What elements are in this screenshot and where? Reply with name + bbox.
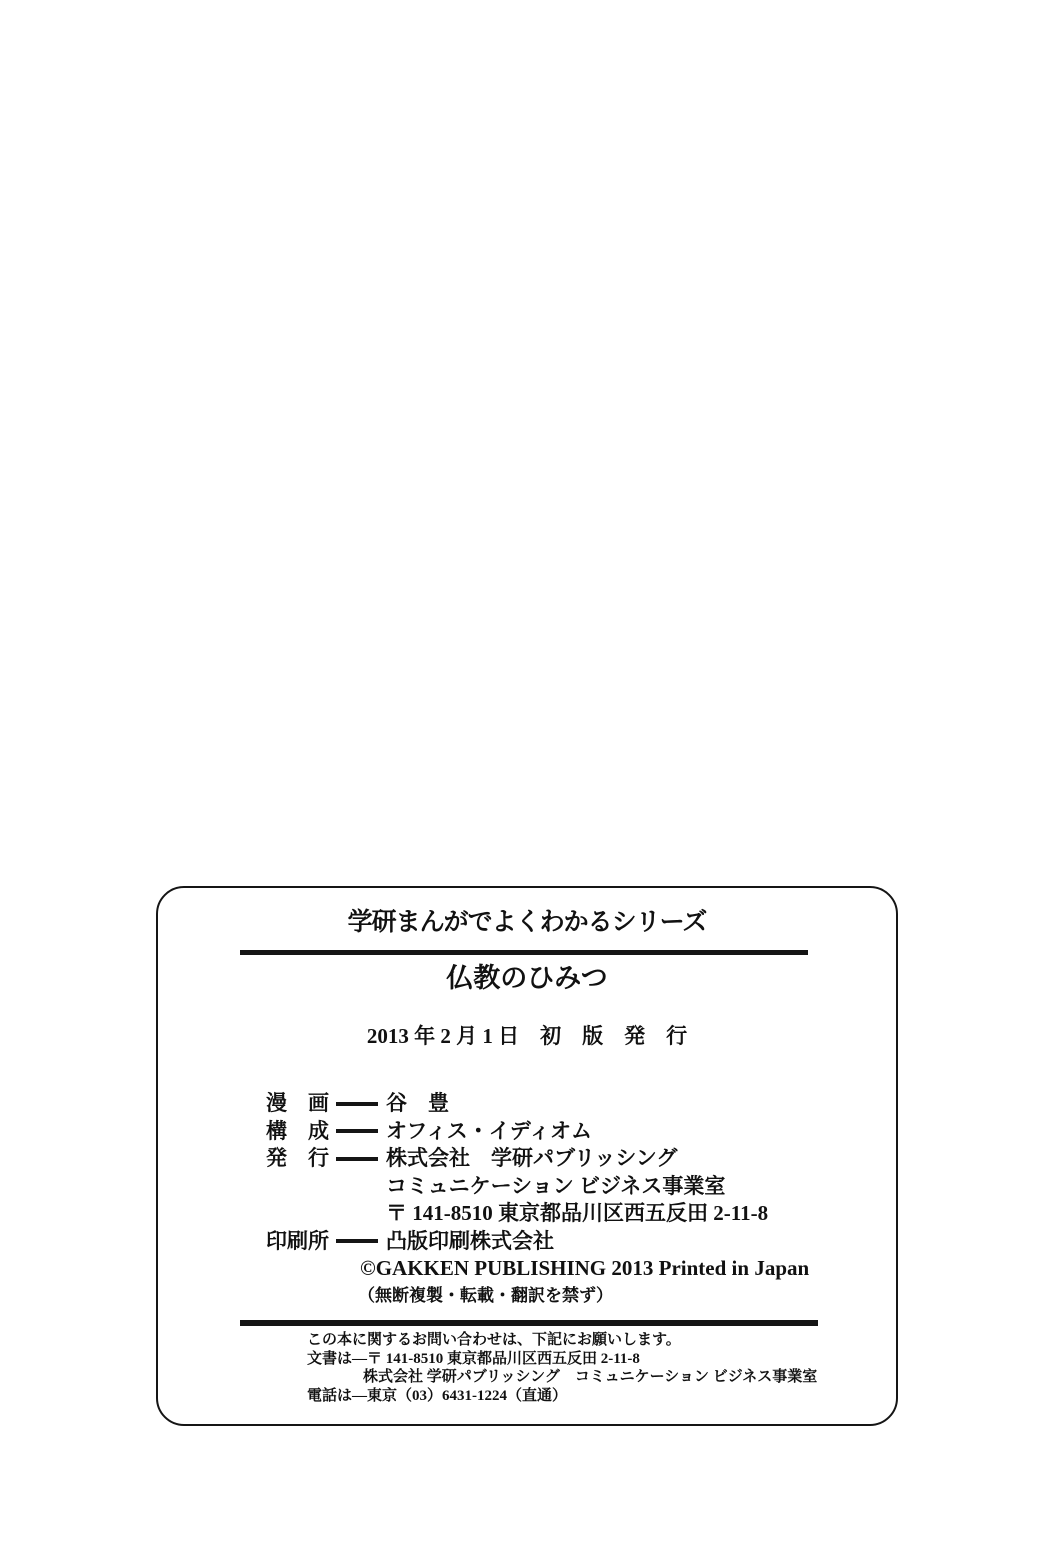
inquiry-company-line: 株式会社 学研パブリッシング コミュニケーション ビジネス事業室 [307,1368,817,1387]
inquiry-mail-line: 文書は—〒 141-8510 東京都品川区西五反田 2-11-8 [307,1350,817,1369]
credit-dash-rule [336,1129,378,1133]
credits-block: 漫 画 谷 豊 構 成 オフィス・イディオム 発 行 株式会社 学研パブリッシン… [266,1090,809,1309]
copyright-line: ©GAKKEN PUBLISHING 2013 Printed in Japan [360,1255,809,1283]
credit-label: 印刷所 [266,1228,332,1256]
credit-label: 構 成 [266,1118,332,1146]
credit-value: 株式会社 学研パブリッシング [386,1145,677,1173]
rights-notice: （無断複製・転載・翻訳を禁ず） [358,1283,809,1309]
colophon-page: 学研まんがでよくわかるシリーズ 仏教のひみつ 2013 年 2 月 1 日 初 … [0,0,1064,1559]
inquiry-divider-rule [240,1320,818,1326]
inquiry-intro-line: この本に関するお問い合わせは、下記にお願いします。 [307,1331,817,1350]
credit-row-manga: 漫 画 谷 豊 [266,1090,809,1118]
credit-label: 漫 画 [266,1090,332,1118]
credit-row-hakkou: 発 行 株式会社 学研パブリッシング [266,1145,809,1173]
credit-dash-rule [336,1157,378,1161]
edition-date-line: 2013 年 2 月 1 日 初 版 発 行 [158,1021,896,1051]
publisher-address-line: 〒 141-8510 東京都品川区西五反田 2-11-8 [266,1200,809,1228]
credit-value: オフィス・イディオム [386,1118,592,1146]
publisher-dept-line: コミュニケーション ビジネス事業室 [266,1173,809,1201]
credit-row-kousei: 構 成 オフィス・イディオム [266,1118,809,1146]
credit-dash-rule [336,1102,378,1106]
inquiry-block: この本に関するお問い合わせは、下記にお願いします。 文書は—〒 141-8510… [307,1331,817,1405]
credit-value: 凸版印刷株式会社 [386,1228,554,1256]
credit-row-printer: 印刷所 凸版印刷株式会社 [266,1228,809,1256]
credit-dash-rule [336,1239,378,1243]
inquiry-phone-line: 電話は—東京（03）6431-1224（直通） [307,1387,817,1406]
book-title: 仏教のひみつ [158,960,896,996]
colophon-box: 学研まんがでよくわかるシリーズ 仏教のひみつ 2013 年 2 月 1 日 初 … [156,886,898,1426]
credit-label: 発 行 [266,1145,332,1173]
series-title: 学研まんがでよくわかるシリーズ [158,905,896,939]
credit-value: 谷 豊 [386,1090,449,1118]
title-divider-rule [240,950,808,955]
